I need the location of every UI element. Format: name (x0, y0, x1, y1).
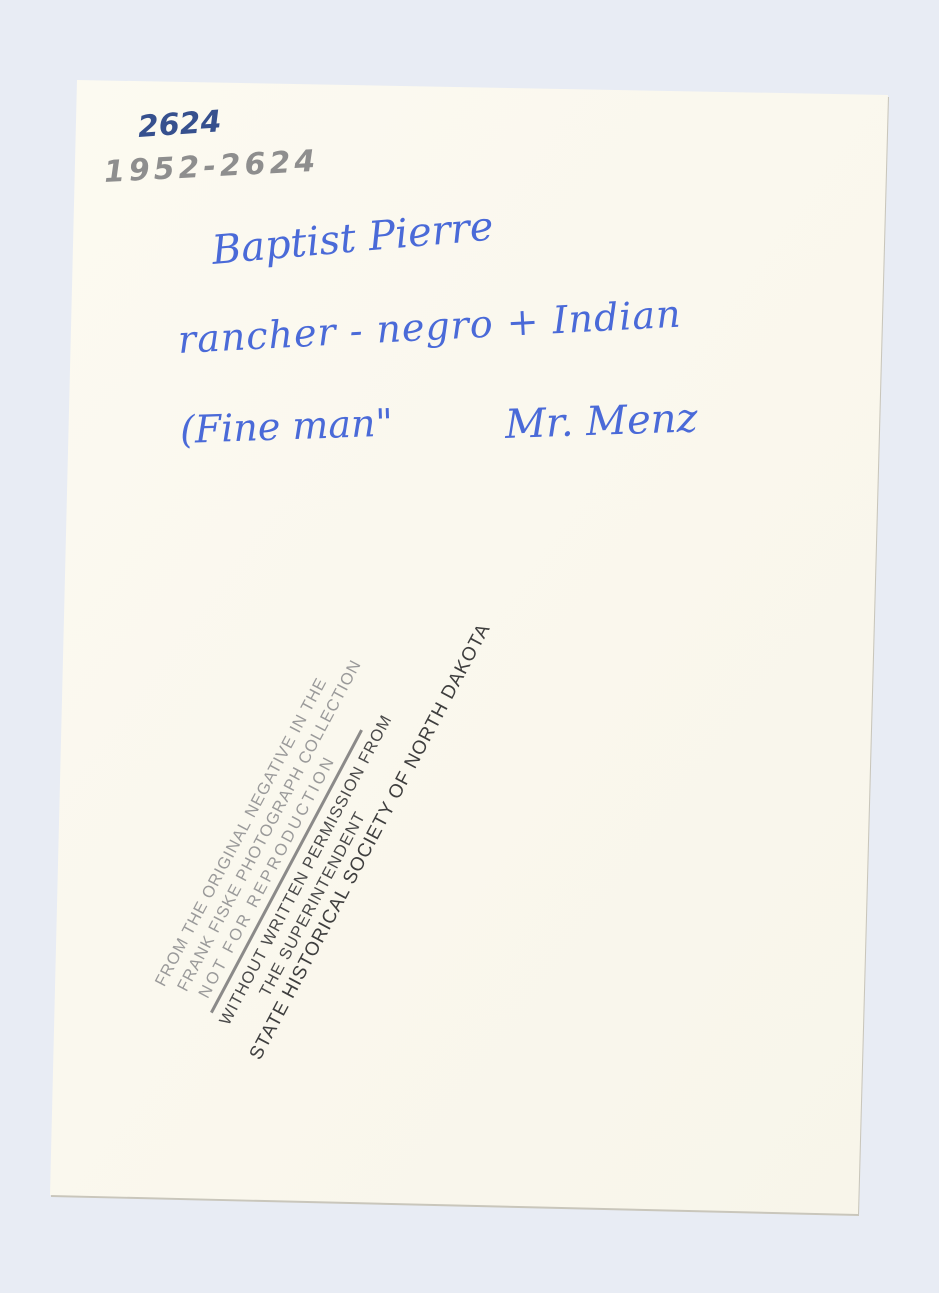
note-line-fine-man: (Fine man" (179, 401, 393, 452)
catalog-number-ink: 2624 (137, 104, 223, 145)
note-line-source: Mr. Menz (504, 395, 698, 448)
